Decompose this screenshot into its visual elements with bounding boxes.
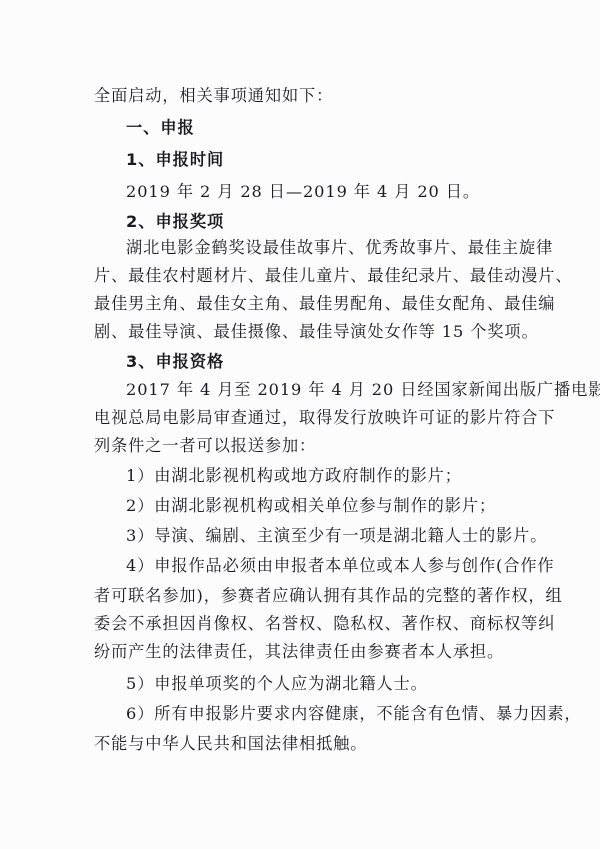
list-item: 5）申报单项奖的个人应为湖北籍人士。 xyxy=(126,674,536,694)
list-item: 6）所有申报影片要求内容健康，不能含有色情、暴力因素， xyxy=(126,704,536,724)
paragraph-line: 湖北电影金鹤奖设最佳故事片、优秀故事片、最佳主旋律 xyxy=(126,238,536,258)
list-item-continuation: 纷而产生的法律责任，其法律责任由参赛者本人承担。 xyxy=(94,642,534,662)
paragraph-line: 最佳男主角、最佳女主角、最佳男配角、最佳女配角、最佳编 xyxy=(94,294,534,314)
paragraph-line: 2017 年 4 月至 2019 年 4 月 20 日经国家新闻出版广播电影 xyxy=(126,380,536,400)
section-heading: 一、申报 xyxy=(126,118,536,138)
subsection-heading: 2、申报奖项 xyxy=(126,212,536,232)
paragraph-line: 剧、最佳导演、最佳摄像、最佳导演处女作等 15 个奖项。 xyxy=(94,322,534,342)
document-page: 全面启动，相关事项通知如下： 一、申报 1、申报时间 2019 年 2 月 28… xyxy=(0,0,600,849)
subsection-heading: 1、申报时间 xyxy=(126,150,536,170)
list-item-continuation: 委会不承担因肖像权、名誉权、隐私权、著作权、商标权等纠 xyxy=(94,614,534,634)
list-item: 3）导演、编剧、主演至少有一项是湖北籍人士的影片。 xyxy=(126,526,536,546)
list-item-continuation: 不能与中华人民共和国法律相抵触。 xyxy=(94,734,534,754)
list-item: 1）由湖北影视机构或地方政府制作的影片； xyxy=(126,466,536,486)
intro-text: 全面启动，相关事项通知如下： xyxy=(94,86,534,106)
paragraph-line: 电视总局电影局审查通过，取得发行放映许可证的影片符合下 xyxy=(94,408,534,428)
list-item-continuation: 者可联名参加)，参赛者应确认拥有其作品的完整的著作权，组 xyxy=(94,586,534,606)
subsection-heading: 3、申报资格 xyxy=(126,352,536,372)
list-item: 4）申报作品必须由申报者本单位或本人参与创作(合作作 xyxy=(126,556,536,576)
paragraph-line: 2019 年 2 月 28 日—2019 年 4 月 20 日。 xyxy=(126,182,536,202)
list-item: 2）由湖北影视机构或相关单位参与制作的影片； xyxy=(126,496,536,516)
paragraph-line: 列条件之一者可以报送参加： xyxy=(94,436,534,456)
paragraph-line: 片、最佳农村题材片、最佳儿童片、最佳纪录片、最佳动漫片、 xyxy=(94,266,534,286)
